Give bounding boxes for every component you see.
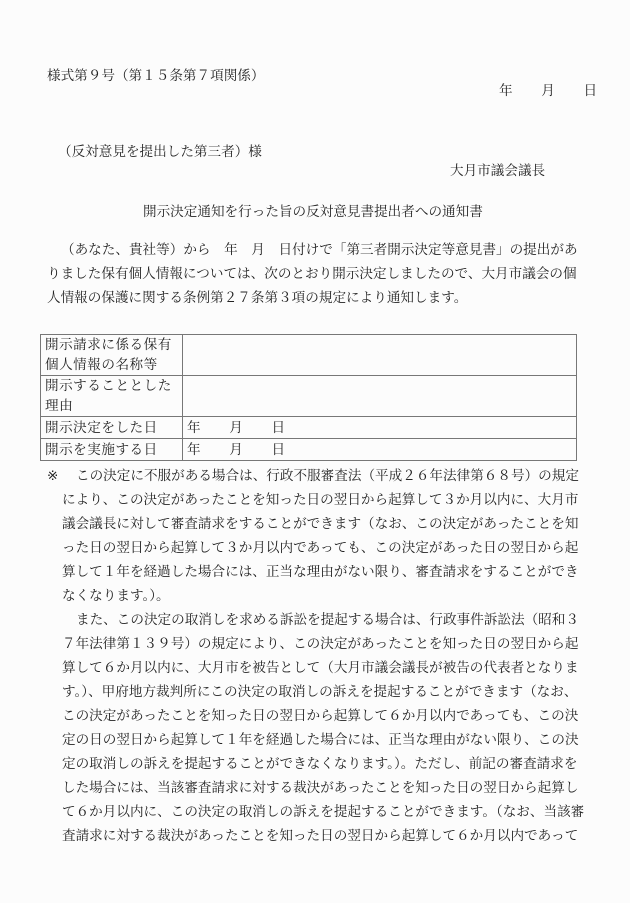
- row-value: [183, 376, 577, 417]
- note-line: により、この決定があったことを知った日の翌日から起算して３か月以内に、大月市: [62, 488, 579, 512]
- date-year: 年: [187, 440, 201, 460]
- notes-paragraph-2: また、この決定の取消しを求める訴訟を提起する場合は、行政事件訴訟法（昭和３ ７年…: [62, 608, 584, 848]
- date-month: 月: [229, 440, 243, 460]
- row-label: 開示することとした 理由: [41, 376, 183, 417]
- issue-date: 年 月 日: [499, 83, 597, 99]
- table-row: 開示請求に係る保有 個人情報の名称等: [41, 335, 577, 376]
- note-mark: ※: [47, 468, 58, 484]
- addressee: （反対意見を提出した第三者）様: [58, 144, 262, 160]
- note-line: す。）、甲府地方裁判所にこの決定の取消しの訴えを提起することができます（なお、: [62, 680, 584, 704]
- info-table: 開示請求に係る保有 個人情報の名称等 開示することとした 理由 開示決定をした日…: [40, 334, 577, 461]
- intro-paragraph: （あなた、貴社等）から 年 月 日付けで「第三者開示決定等意見書」の提出があ り…: [47, 238, 578, 310]
- table-row: 開示することとした 理由: [41, 376, 577, 417]
- intro-line: 人情報の保護に関する条例第２７条第３項の規定により通知します。: [47, 286, 578, 310]
- table-row: 開示を実施する日 年 月 日: [41, 439, 577, 461]
- row-value-date: 年 月 日: [183, 417, 577, 439]
- document-page: 様式第９号（第１５条第７項関係） 年 月 日 （反対意見を提出した第三者）様 大…: [0, 0, 630, 903]
- note-line: て６か月以内に、この決定の取消しの訴えを提起することができます。（なお、当該審: [62, 800, 584, 824]
- row-label: 開示決定をした日: [41, 417, 183, 439]
- intro-line: （あなた、貴社等）から 年 月 日付けで「第三者開示決定等意見書」の提出があ: [47, 238, 578, 262]
- intro-line: りました保有個人情報については、次のとおり開示決定しましたので、大月市議会の個: [47, 262, 578, 286]
- date-day: 日: [272, 440, 286, 460]
- date-year: 年: [499, 83, 513, 99]
- note-line: 算して６か月以内に、大月市を被告として（大月市議会議長が被告の代表者となりま: [62, 656, 584, 680]
- label-line: 開示請求に係る保有: [45, 335, 178, 355]
- note-line: ７年法律第１３９号）の規定により、この決定があったことを知った日の翌日から起: [62, 632, 584, 656]
- row-value-date: 年 月 日: [183, 439, 577, 461]
- sender: 大月市議会議長: [450, 163, 545, 179]
- note-line: 定の取消しの訴えを提起することができなくなります。）。ただし、前記の審査請求を: [62, 752, 584, 776]
- row-label: 開示請求に係る保有 個人情報の名称等: [41, 335, 183, 376]
- date-month: 月: [541, 83, 555, 99]
- note-line: 定の日の翌日から起算して１年を経過した場合には、正当な理由がない限り、この決: [62, 728, 584, 752]
- document-title: 開示決定通知を行った旨の反対意見書提出者への通知書: [143, 204, 483, 220]
- note-line: した場合には、当該審査請求に対する裁決があったことを知った日の翌日から起算し: [62, 776, 584, 800]
- row-value: [183, 335, 577, 376]
- row-label: 開示を実施する日: [41, 439, 183, 461]
- note-line: 議会議長に対して審査請求をすることができます（なお、この決定があったことを知: [62, 512, 579, 536]
- date-month: 月: [229, 418, 243, 438]
- table-row: 開示決定をした日 年 月 日: [41, 417, 577, 439]
- note-line: この決定に不服がある場合は、行政不服審査法（平成２６年法律第６８号）の規定: [62, 464, 579, 488]
- form-number: 様式第９号（第１５条第７項関係）: [47, 68, 265, 84]
- label-line: 理由: [45, 396, 178, 416]
- note-line: なくなります。）。: [62, 584, 579, 608]
- label-line: 開示することとした: [45, 376, 178, 396]
- label-line: 個人情報の名称等: [45, 355, 178, 375]
- notes-paragraph-1: この決定に不服がある場合は、行政不服審査法（平成２６年法律第６８号）の規定 によ…: [62, 464, 579, 608]
- date-year: 年: [187, 418, 201, 438]
- note-line: 算して１年を経過した場合には、正当な理由がない限り、審査請求をすることができ: [62, 560, 579, 584]
- note-line: った日の翌日から起算して３か月以内であっても、この決定があった日の翌日から起: [62, 536, 579, 560]
- note-line: この決定があったことを知った日の翌日から起算して６か月以内であっても、この決: [62, 704, 584, 728]
- note-line: また、この決定の取消しを求める訴訟を提起する場合は、行政事件訴訟法（昭和３: [62, 608, 584, 632]
- date-day: 日: [272, 418, 286, 438]
- note-line: 査請求に対する裁決があったことを知った日の翌日から起算して６か月以内であって: [62, 824, 584, 848]
- date-day: 日: [584, 83, 598, 99]
